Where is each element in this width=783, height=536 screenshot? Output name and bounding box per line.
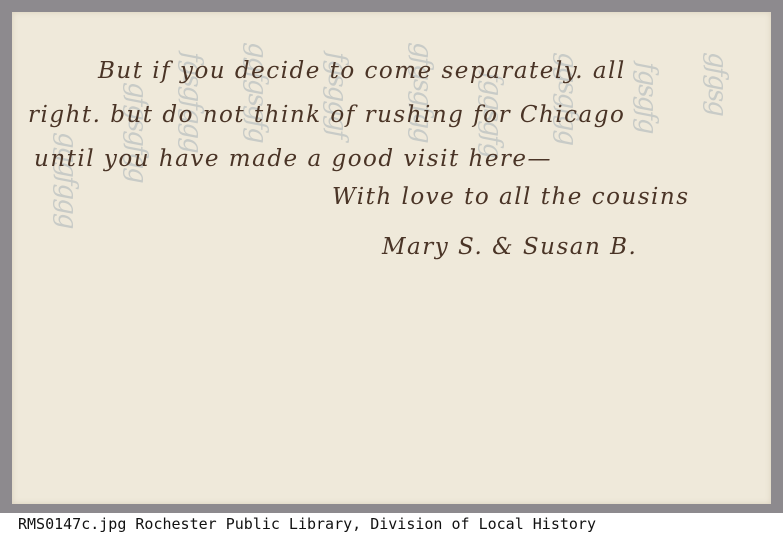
letter-signature: Mary S. & Susan B.	[382, 234, 637, 260]
bleed-through-mark: fggsgfg	[477, 72, 507, 472]
bleed-through-mark: gfgsg	[702, 52, 732, 352]
scan-border: gggfggg gfgsgfgg fgsgfggg ggfgsgfg fgsgg…	[0, 0, 783, 513]
letter-line-1: But if you decide to come separately. al…	[98, 58, 626, 84]
bleed-through-mark: gfgsgfgg	[122, 82, 152, 482]
image-caption: RMS0147c.jpg Rochester Public Library, D…	[18, 515, 596, 533]
letter-line-3: until you have made a good visit here—	[34, 146, 552, 172]
letter-closing: With love to all the cousins	[332, 184, 690, 210]
bleed-through-mark: gggfggg	[52, 132, 82, 462]
letter-paper: gggfggg gfgsgfgg fgsgfggg ggfgsgfg fgsgg…	[12, 12, 771, 504]
letter-line-2: right. but do not think of rushing for C…	[28, 102, 625, 128]
